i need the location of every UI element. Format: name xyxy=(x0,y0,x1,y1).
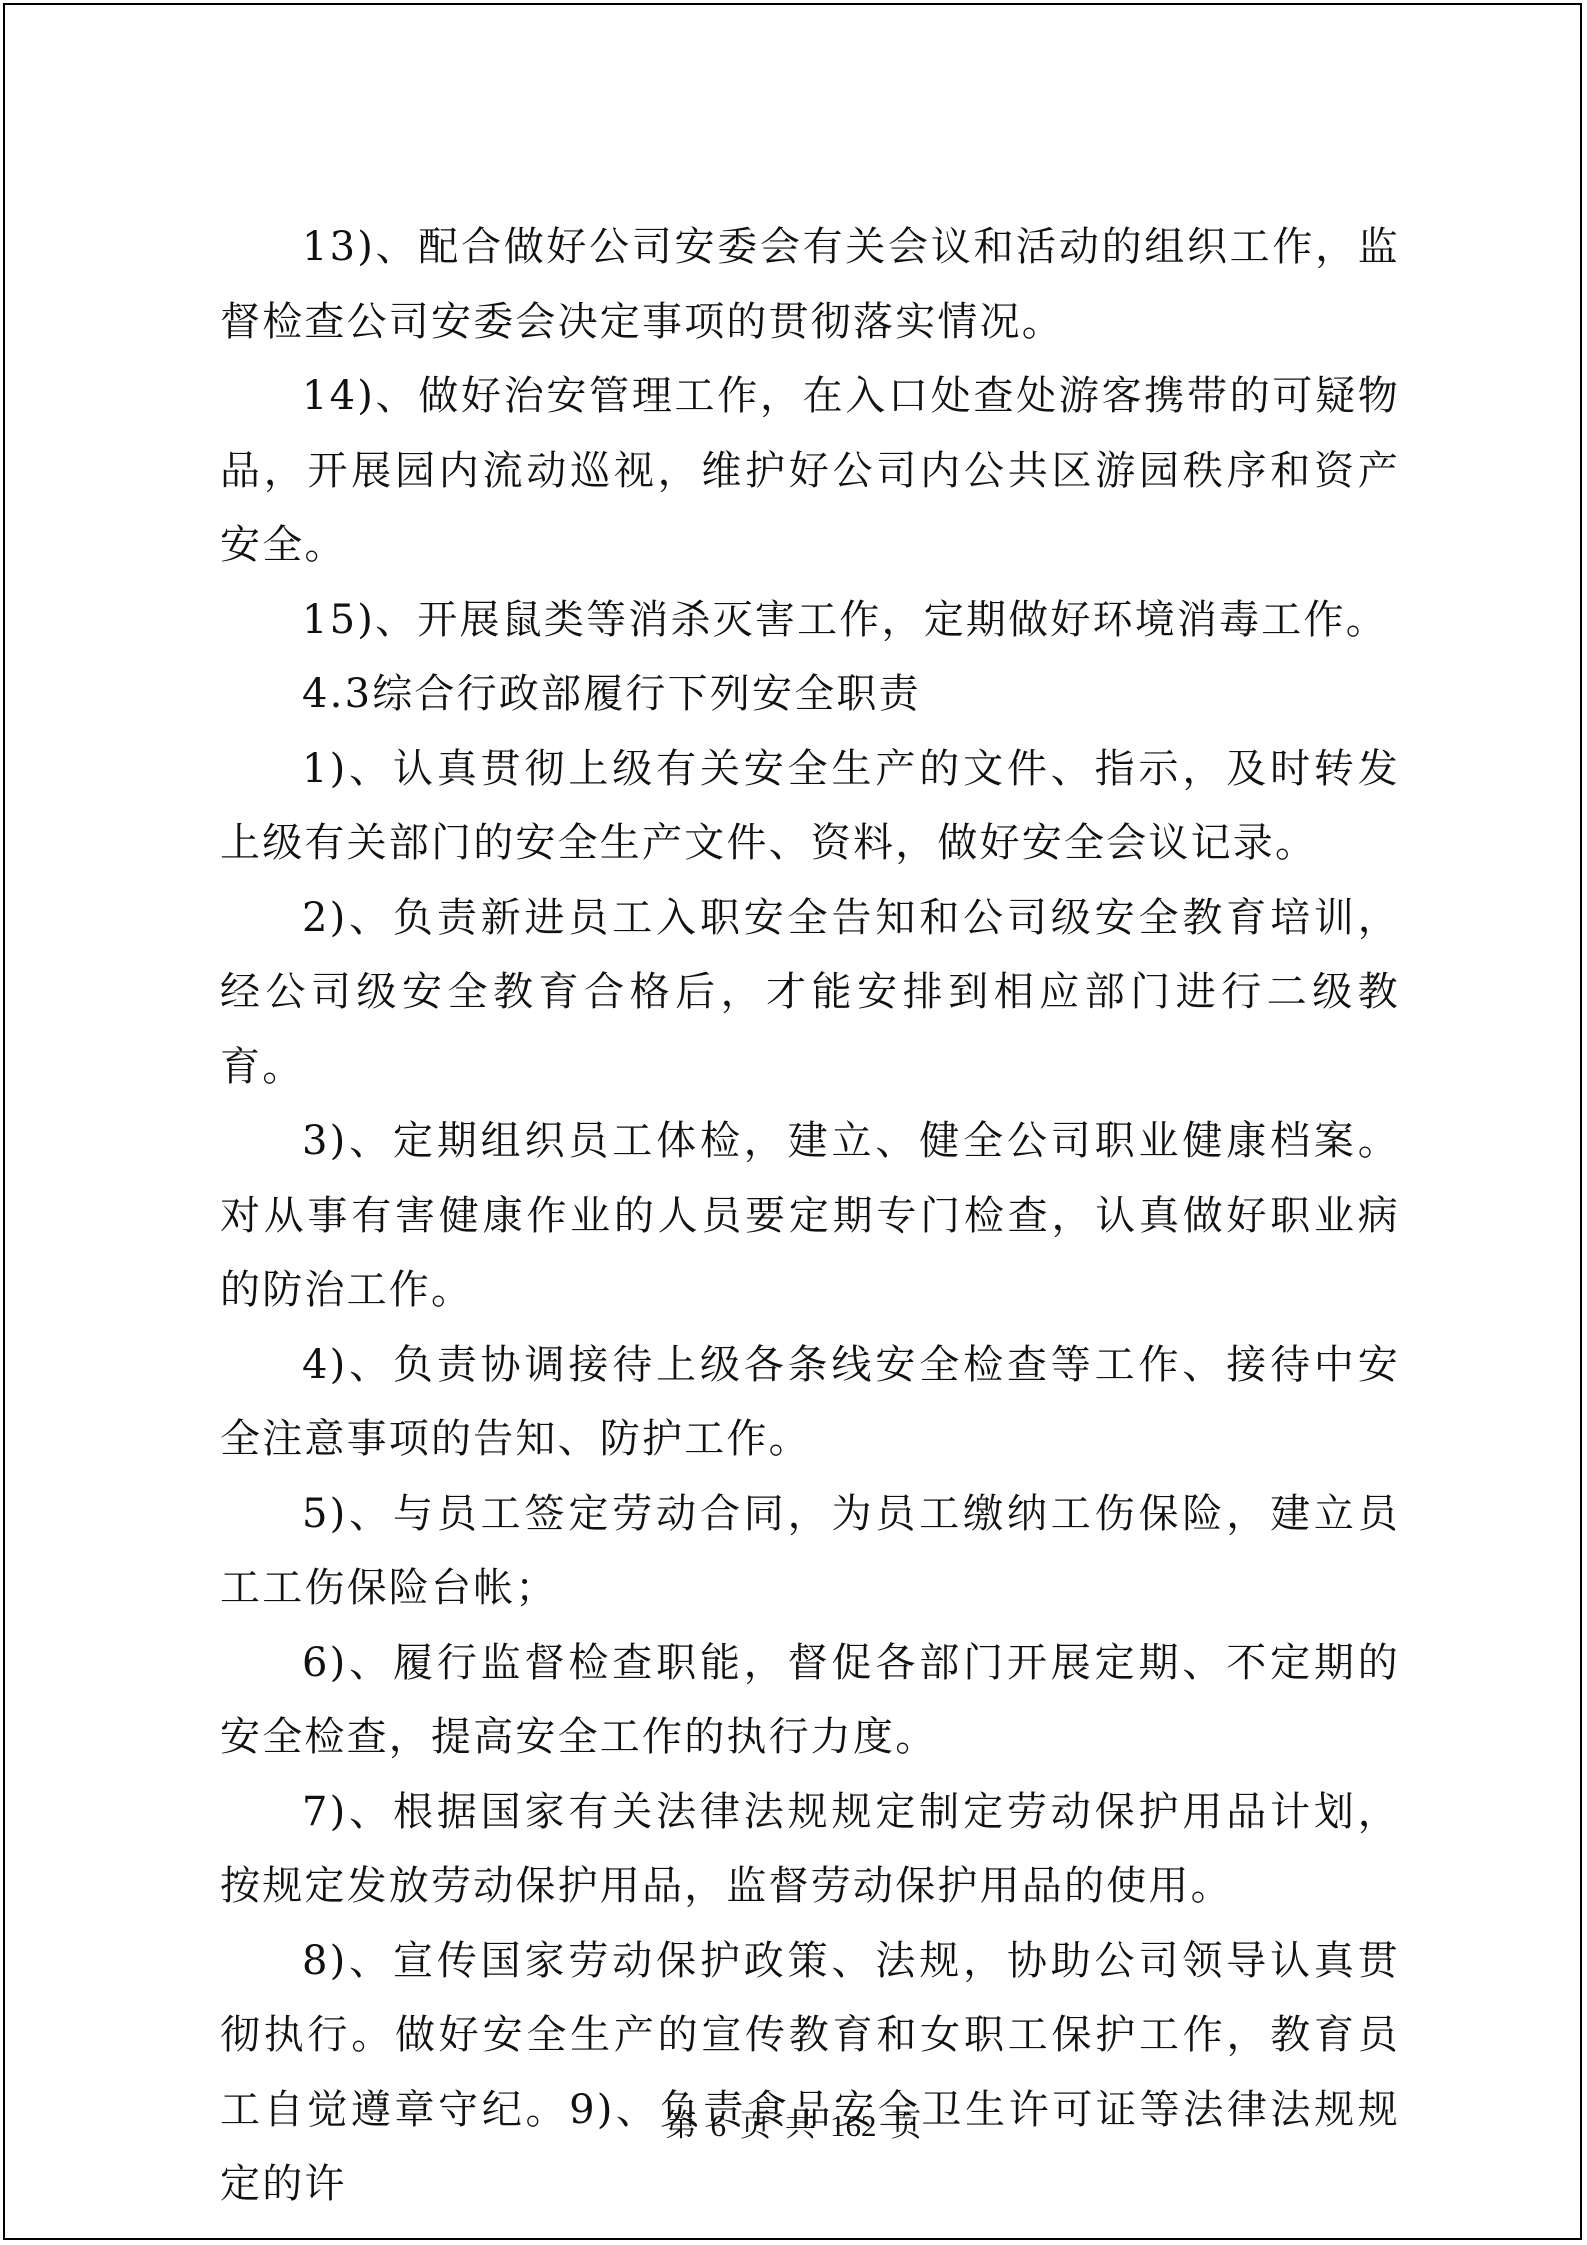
paragraph-item-5: 5)、与员工签定劳动合同，为员工缴纳工伤保险，建立员工工伤保险台帐； xyxy=(220,1477,1400,1626)
current-page-number: 6 xyxy=(711,2108,727,2143)
total-pages-number: 162 xyxy=(830,2108,877,2143)
paragraph-item-15: 15)、开展鼠类等消杀灭害工作，定期做好环境消毒工作。 xyxy=(220,583,1400,658)
paragraph-item-3: 3)、定期组织员工体检，建立、健全公司职业健康档案。对从事有害健康作业的人员要定… xyxy=(220,1104,1400,1328)
paragraph-item-13: 13)、配合做好公司安委会有关会议和活动的组织工作，监督检查公司安委会决定事项的… xyxy=(220,210,1400,359)
paragraph-item-4: 4)、负责协调接待上级各条线安全检查等工作、接待中安全注意事项的告知、防护工作。 xyxy=(220,1328,1400,1477)
footer-total-label: 共 xyxy=(785,2108,816,2143)
section-heading-4-3: 4.3综合行政部履行下列安全职责 xyxy=(220,657,1400,732)
paragraph-item-1: 1)、认真贯彻上级有关安全生产的文件、指示，及时转发上级有关部门的安全生产文件、… xyxy=(220,732,1400,881)
paragraph-item-7: 7)、根据国家有关法律法规规定制定劳动保护用品计划，按规定发放劳动保护用品，监督… xyxy=(220,1775,1400,1924)
page-footer: 第6页共162页 xyxy=(0,2100,1587,2145)
footer-page-unit: 页 xyxy=(740,2108,771,2143)
footer-prefix: 第 xyxy=(666,2108,697,2143)
paragraph-item-14: 14)、做好治安管理工作，在入口处查处游客携带的可疑物品，开展园内流动巡视，维护… xyxy=(220,359,1400,583)
paragraph-item-6: 6)、履行监督检查职能，督促各部门开展定期、不定期的安全检查，提高安全工作的执行… xyxy=(220,1626,1400,1775)
document-page: 13)、配合做好公司安委会有关会议和活动的组织工作，监督检查公司安委会决定事项的… xyxy=(3,3,1582,2240)
paragraph-item-2: 2)、负责新进员工入职安全告知和公司级安全教育培训，经公司级安全教育合格后，才能… xyxy=(220,881,1400,1105)
page-body: 13)、配合做好公司安委会有关会议和活动的组织工作，监督检查公司安委会决定事项的… xyxy=(220,210,1400,2222)
paragraph-item-8: 8)、宣传国家劳动保护政策、法规，协助公司领导认真贯彻执行。做好安全生产的宣传教… xyxy=(220,1924,1400,2222)
footer-suffix: 页 xyxy=(891,2108,922,2143)
